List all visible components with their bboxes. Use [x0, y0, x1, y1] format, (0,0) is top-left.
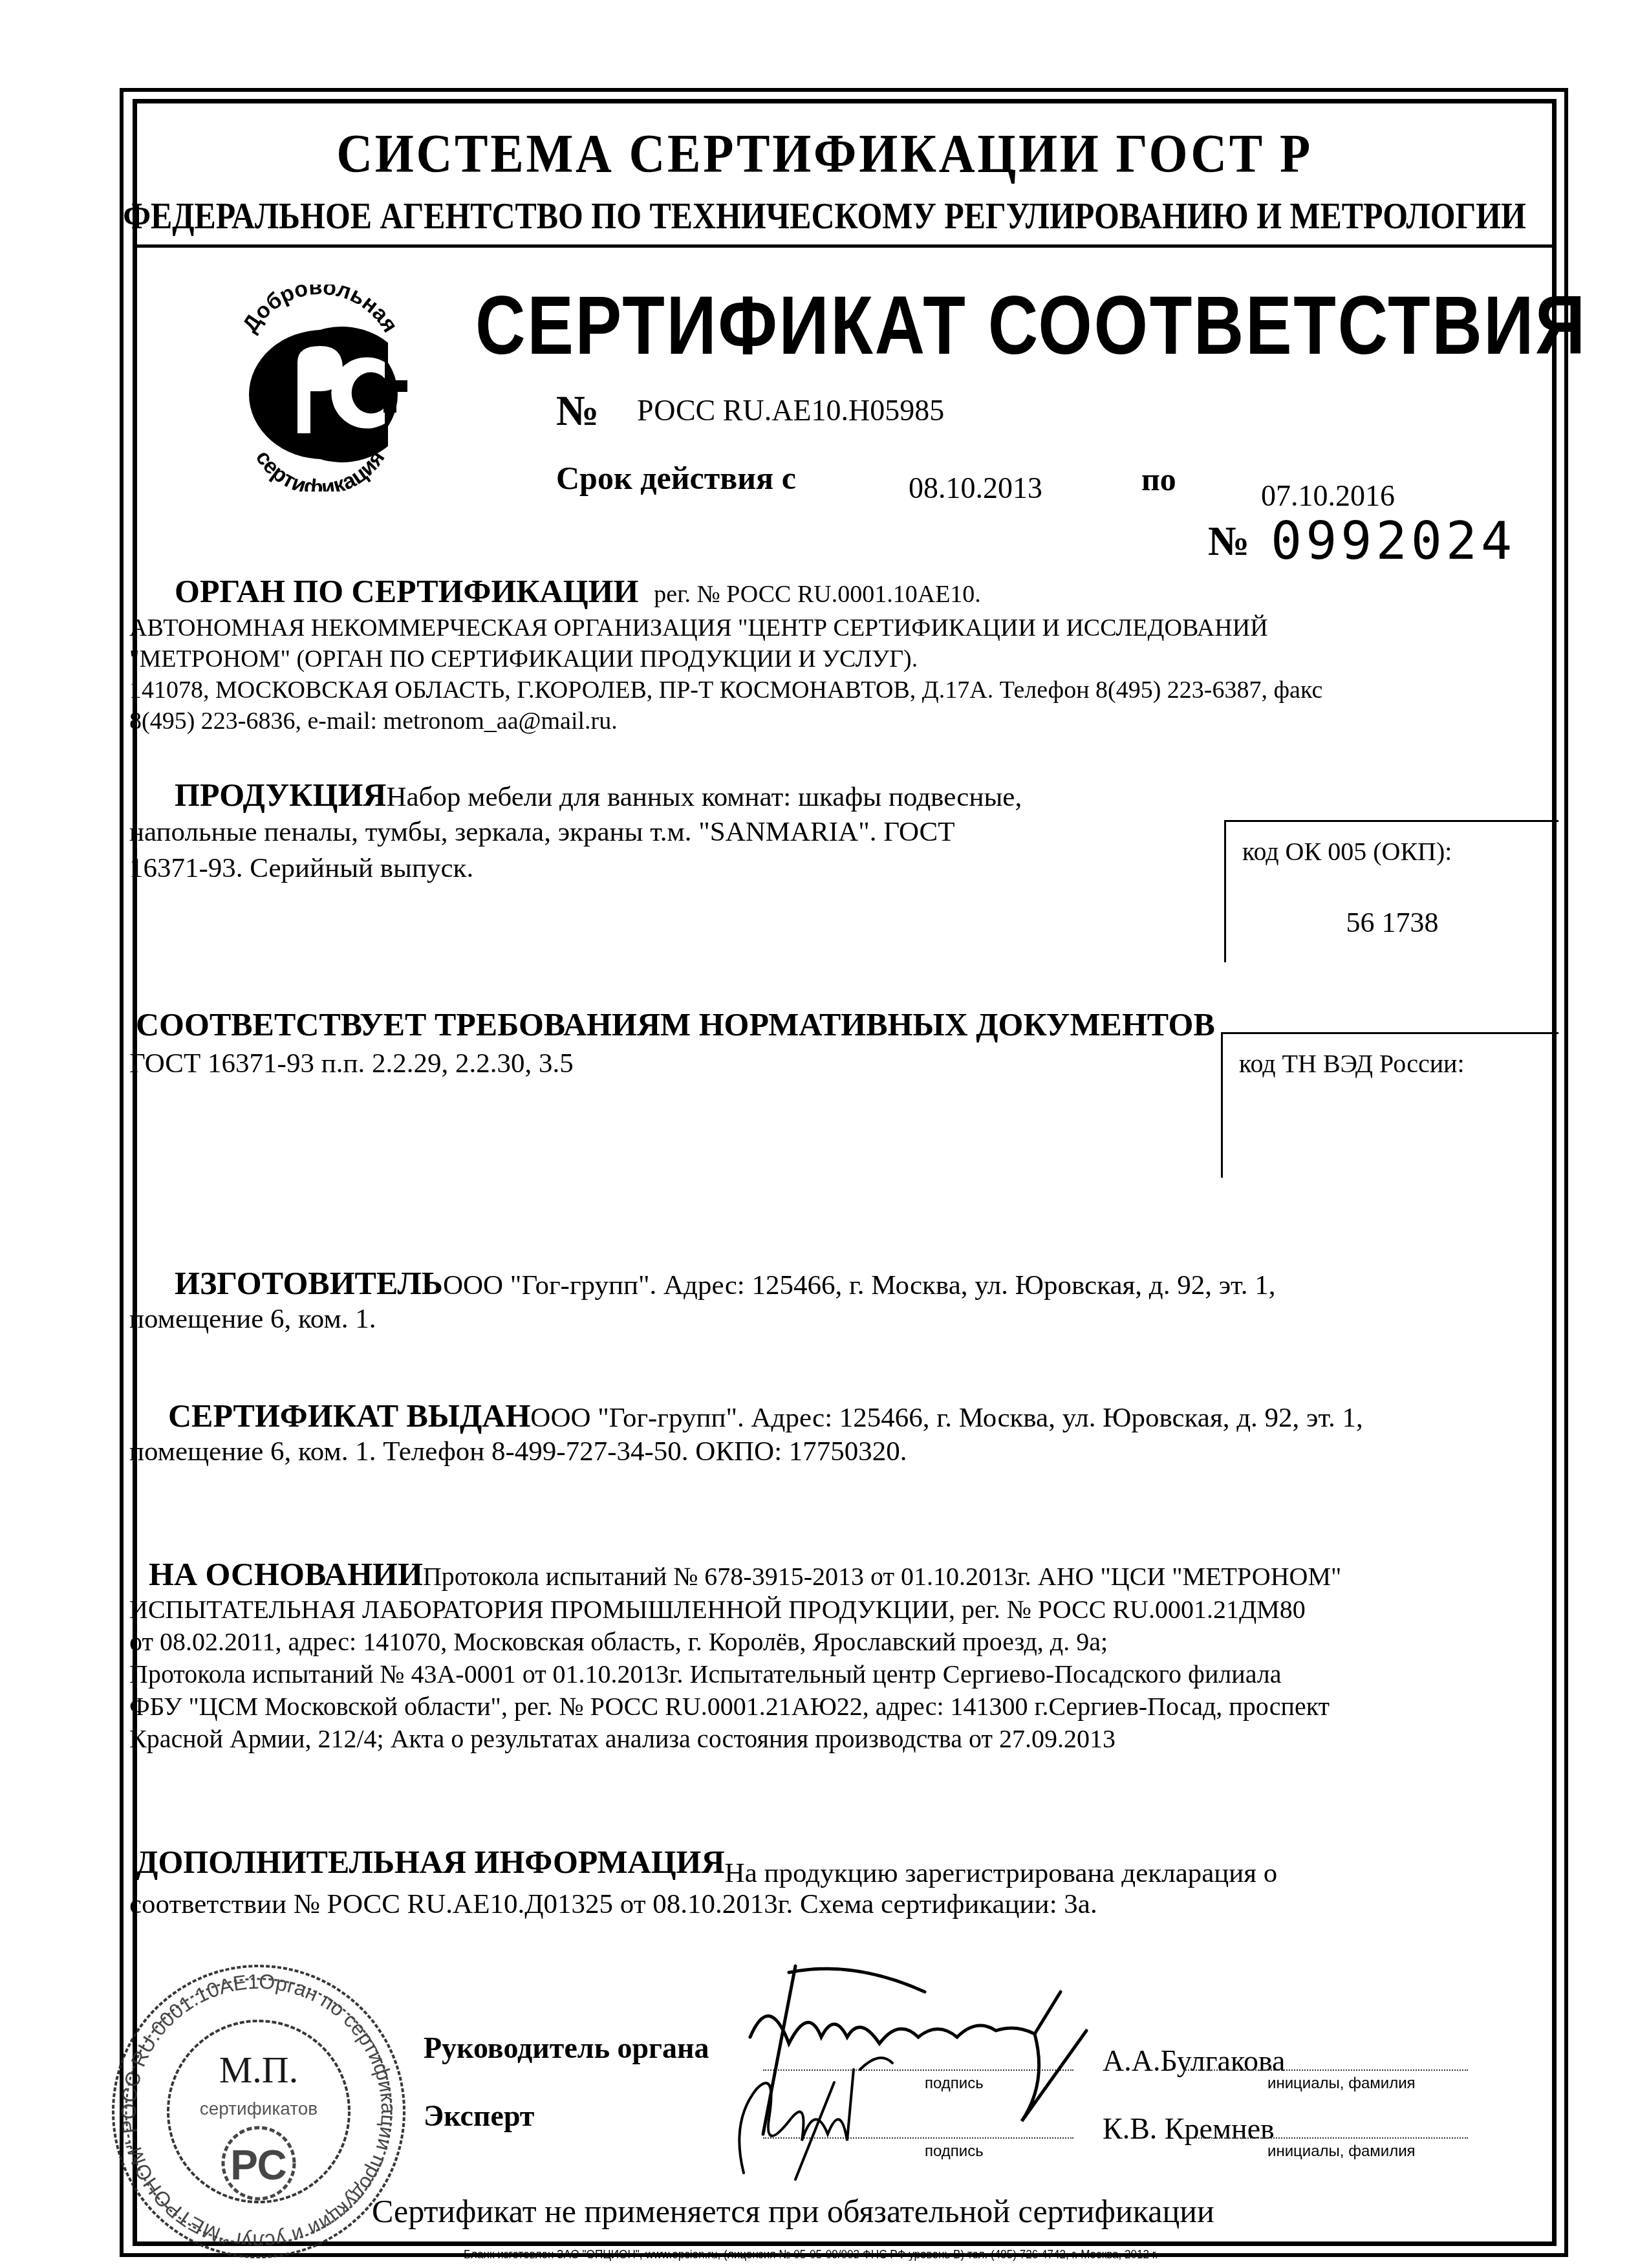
okp-code-value: 56 1738: [1226, 906, 1558, 939]
product-label: ПРОДУКЦИЯ: [175, 777, 386, 813]
handwritten-signature-expert-icon: [718, 2044, 925, 2186]
manufacturer-label: ИЗГОТОВИТЕЛЬ: [175, 1265, 443, 1301]
expert-label: Эксперт: [424, 2099, 534, 2133]
head-name-caption: инициалы, фамилия: [1267, 2075, 1416, 2093]
okp-code-label: код ОК 005 (ОКП):: [1242, 836, 1452, 867]
basis-section: НА ОСНОВАНИИПротокола испытаний № 678-39…: [129, 1555, 1461, 1755]
expert-name-caption: инициалы, фамилия: [1267, 2143, 1416, 2161]
valid-to-label: по: [1141, 460, 1176, 498]
rst-logo-icon: Добровольная сертификация: [226, 285, 414, 491]
svg-text:М.П.: М.П.: [219, 2049, 298, 2091]
conformity-section: СООТВЕТСТВУЕТ ТРЕБОВАНИЯМ НОРМАТИВНЫХ ДО…: [129, 1006, 1229, 1081]
certificate-title: СЕРТИФИКАТ СООТВЕТСТВИЯ: [475, 278, 1587, 373]
issued-to-label: СЕРТИФИКАТ ВЫДАН: [168, 1398, 530, 1434]
validity-label: Срок действия с: [556, 459, 796, 497]
printer-imprint: Бланк изготовлен ЗАО "ОПЦИОН", www.opcio…: [464, 2248, 1158, 2262]
serial-number: 0992024: [1271, 511, 1516, 571]
valid-to-date: 07.10.2016: [1261, 479, 1395, 513]
certification-body-reg: рег. № РОСС RU.0001.10АЕ10.: [654, 581, 981, 608]
head-name-line: [1183, 2069, 1468, 2072]
header-divider: [133, 244, 1557, 248]
certification-body-label: ОРГАН ПО СЕРТИФИКАЦИИ: [175, 573, 638, 609]
serial-sign: №: [1208, 517, 1249, 565]
conformity-standards: ГОСТ 16371-93 п.п. 2.2.29, 2.2.30, 3.5: [129, 1047, 1229, 1081]
product-section: ПРОДУКЦИЯНабор мебели для ванных комнат:…: [129, 776, 1177, 887]
additional-info-label: ДОПОЛНИТЕЛЬНАЯ ИНФОРМАЦИЯ: [136, 1844, 725, 1880]
tnved-code-label: код ТН ВЭД России:: [1239, 1048, 1465, 1079]
okp-code-box: код ОК 005 (ОКП): 56 1738: [1224, 820, 1558, 962]
footer-note: Сертификат не применяется при обязательн…: [372, 2192, 1214, 2230]
svg-text:сертификатов: сертификатов: [200, 2099, 318, 2119]
head-of-body-label: Руководитель органа: [424, 2031, 709, 2065]
system-title: СИСТЕМА СЕРТИФИКАЦИИ ГОСТ Р: [66, 123, 1583, 186]
certification-body-details: АВТОНОМНАЯ НЕКОММЕРЧЕСКАЯ ОРГАНИЗАЦИЯ "Ц…: [129, 612, 1461, 737]
svg-text:РС: РС: [230, 2142, 286, 2188]
agency-title: ФЕДЕРАЛЬНОЕ АГЕНТСТВО ПО ТЕХНИЧЕСКОМУ РЕ…: [116, 194, 1534, 237]
issued-to-section: СЕРТИФИКАТ ВЫДАНООО "Гог-групп". Адрес: …: [129, 1397, 1461, 1469]
expert-name-line: [1183, 2137, 1468, 2140]
certification-body-section: ОРГАН ПО СЕРТИФИКАЦИИ рег. № РОСС RU.000…: [129, 572, 1461, 737]
basis-label: НА ОСНОВАНИИ: [149, 1556, 423, 1592]
manufacturer-section: ИЗГОТОВИТЕЛЬООО "Гог-групп". Адрес: 1254…: [129, 1264, 1461, 1336]
valid-from-date: 08.10.2013: [909, 471, 1042, 505]
conformity-label: СООТВЕТСТВУЕТ ТРЕБОВАНИЯМ НОРМАТИВНЫХ ДО…: [136, 1006, 1229, 1043]
logo-top-text: Добровольная: [238, 285, 403, 337]
seal-stamp-icon: Орган по сертификации продукции и услуг …: [103, 1956, 414, 2267]
tnved-code-box: код ТН ВЭД России:: [1221, 1032, 1558, 1178]
certificate-number: РОСС RU.АЕ10.Н05985: [637, 393, 944, 427]
additional-info-section: ДОПОЛНИТЕЛЬНАЯ ИНФОРМАЦИЯНа продукцию за…: [129, 1843, 1461, 1921]
number-sign: №: [556, 387, 599, 436]
